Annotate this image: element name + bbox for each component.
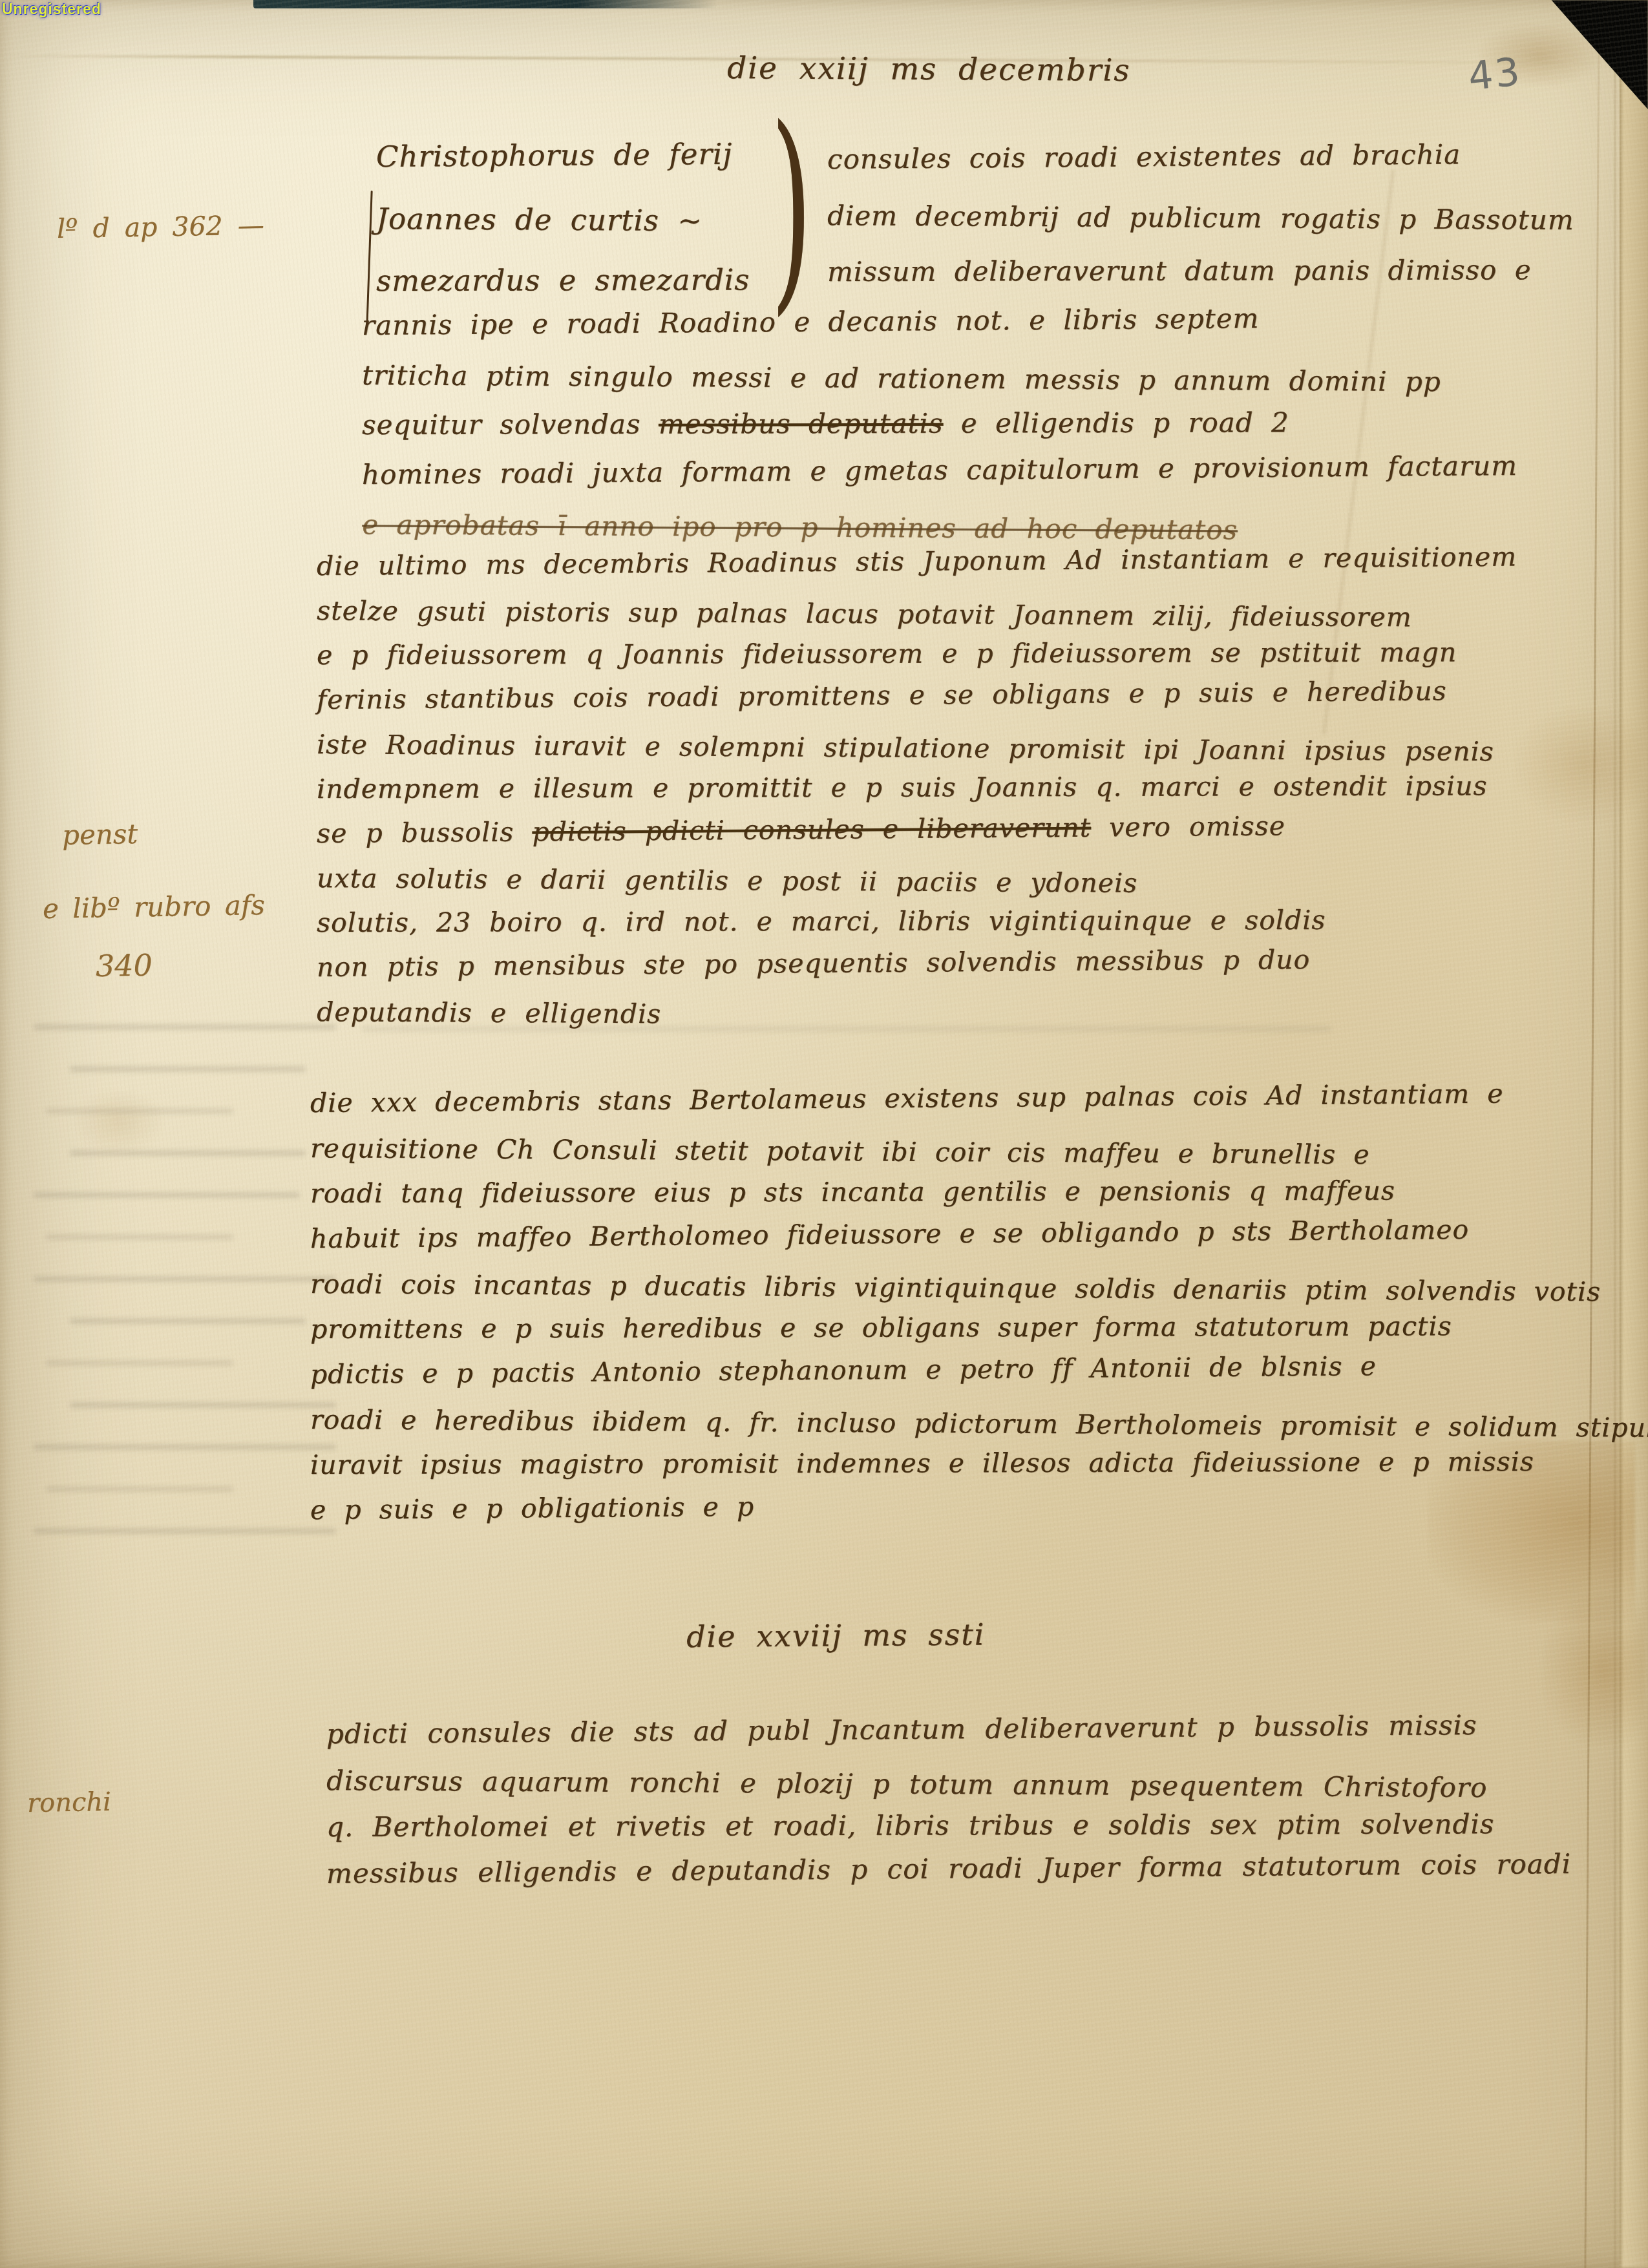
text-line: pdicti consules die sts ad publ Jncantum… bbox=[326, 1701, 1572, 1758]
entry-dec23-header-row: Christophorus de ferij Joannes de curtis… bbox=[362, 126, 1564, 320]
entry-dec23: Christophorus de ferij Joannes de curtis… bbox=[362, 126, 1564, 549]
margin-note-liber-rubro: e libº rubro afs bbox=[43, 889, 266, 925]
torn-corner-black bbox=[1533, 0, 1648, 121]
bleedthrough-line bbox=[34, 1444, 336, 1450]
bleedthrough-line bbox=[70, 1402, 336, 1408]
text-segment: sequitur solvendas bbox=[362, 408, 659, 441]
grouping-bracket: ) bbox=[770, 100, 812, 317]
bleedthrough-line bbox=[70, 1150, 306, 1156]
text-line: se p bussolis pdictis pdicti consules e … bbox=[317, 802, 1517, 856]
parchment-page: Unregistered 43 die xxiij ms decembris C… bbox=[0, 0, 1648, 2268]
bleedthrough-line bbox=[34, 1024, 336, 1030]
margin-note-registered: lº d ap 362 — bbox=[57, 209, 265, 244]
ink-stain bbox=[1516, 708, 1642, 821]
text-line: deputandis e elligendis bbox=[317, 990, 1517, 1042]
struck-text: pdictis pdicti consules e liberaverunt bbox=[532, 812, 1091, 848]
entry-dec23-body: rannis ipe e roadi Roadino e decanis not… bbox=[362, 300, 1564, 549]
bleedthrough-line bbox=[70, 1066, 306, 1072]
text-line: non ptis p mensibus ste po psequentis so… bbox=[317, 936, 1517, 990]
bleedthrough-line bbox=[34, 1192, 300, 1198]
margin-note-340: 340 bbox=[96, 947, 153, 983]
heading-date-dec28: die xxviij ms ssti bbox=[686, 1617, 986, 1654]
text-line: die ultimo ms decembris Roadinus stis Ju… bbox=[317, 534, 1517, 589]
text-line: homines roadi juxta formam e gmetas capi… bbox=[362, 440, 1565, 499]
text-line: rannis ipe e roadi Roadino e decanis not… bbox=[362, 291, 1565, 350]
entry-dec30: die xxx decembris stans Bertolameus exis… bbox=[310, 1080, 1648, 1533]
bleedthrough-line bbox=[34, 1276, 336, 1282]
text-segment: se p bussolis bbox=[317, 816, 533, 849]
margin-note-ronchi: ronchi bbox=[27, 1787, 112, 1818]
name-list: Christophorus de ferij Joannes de curtis… bbox=[376, 126, 750, 312]
scanner-watermark: Unregistered bbox=[2, 1, 101, 18]
margin-note-pension: penst bbox=[62, 818, 138, 851]
text-line: die xxx decembris stans Bertolameus exis… bbox=[310, 1069, 1648, 1126]
text-line: diem decembrij ad publicum rogatis p Bas… bbox=[827, 187, 1574, 248]
name-line: Joannes de curtis ~ bbox=[376, 188, 750, 253]
entry-dec-ultimo: die ultimo ms decembris Roadinus stis Ju… bbox=[317, 544, 1517, 1034]
ink-stain bbox=[76, 1091, 164, 1152]
bleedthrough-line bbox=[46, 1486, 233, 1492]
bleedthrough-line bbox=[34, 1528, 336, 1534]
manuscript-photo: Unregistered 43 die xxiij ms decembris C… bbox=[0, 0, 1648, 2268]
text-line: consules cois roadi existentes ad brachi… bbox=[827, 125, 1574, 187]
text-segment: vero omisse bbox=[1091, 810, 1285, 843]
text-line: messibus elligendis e deputandis p coi r… bbox=[326, 1841, 1572, 1897]
text-segment: e elligendis p road 2 bbox=[943, 406, 1289, 439]
text-line: ferinis stantibus cois roadi promittens … bbox=[317, 668, 1517, 722]
text-line: missum deliberaverunt datum panis dimiss… bbox=[827, 242, 1574, 300]
bleedthrough-line bbox=[46, 1234, 233, 1240]
bleedthrough-line bbox=[70, 1318, 306, 1324]
entry-dec23-right-column: consules cois roadi existentes ad brachi… bbox=[827, 131, 1574, 300]
bleedthrough-line bbox=[46, 1360, 233, 1366]
struck-text: messibus deputatis bbox=[659, 408, 944, 440]
scan-edge-strip bbox=[253, 0, 717, 8]
bleedthrough-region bbox=[34, 1024, 336, 1570]
page-number: 43 bbox=[1466, 49, 1524, 100]
name-line: Christophorus de ferij bbox=[376, 123, 750, 188]
entry-dec28: pdicti consules die sts ad publ Jncantum… bbox=[326, 1711, 1571, 1897]
bleedthrough-line bbox=[46, 1108, 233, 1114]
